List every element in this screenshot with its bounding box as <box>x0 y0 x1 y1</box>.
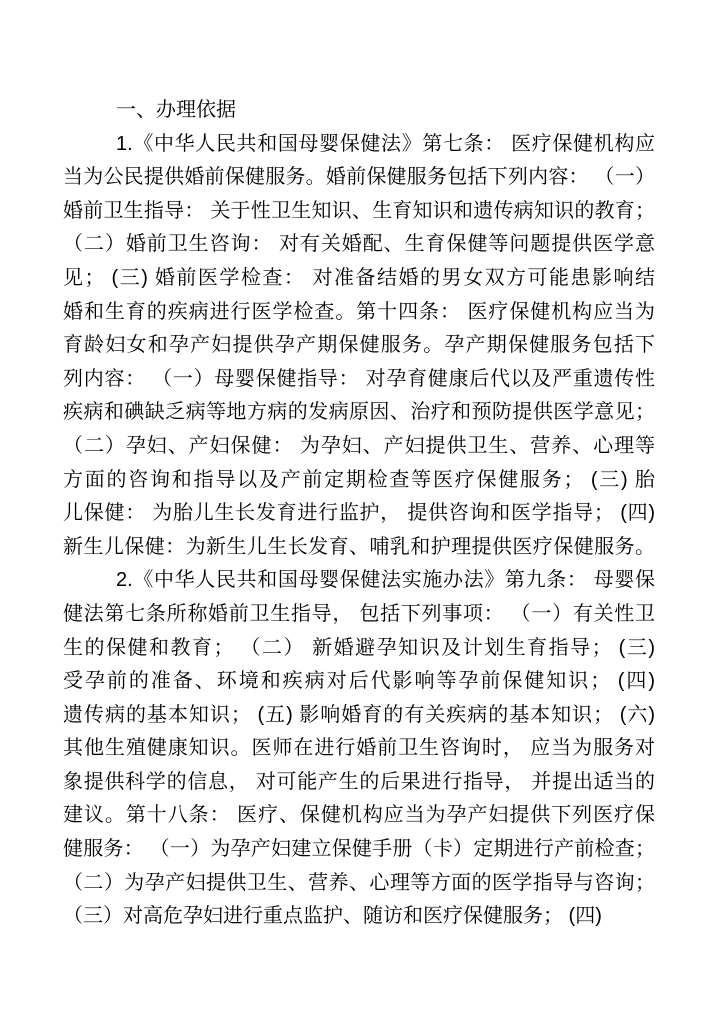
text-line: 其他生殖健康知识。医师在进行婚前卫生咨询时， 应当为服务对 <box>63 732 655 766</box>
text-line: 育龄妇女和孕产妇提供孕产期保健服务。孕产期保健服务包括下 <box>63 329 655 363</box>
text-line: 婚前卫生指导： 关于性卫生知识、生育知识和遗传病知识的教育； <box>63 195 655 229</box>
section-heading: 一、办理依据 <box>63 94 655 128</box>
text-line: 疾病和碘缺乏病等地方病的发病原因、治疗和预防提供医学意见； <box>63 396 655 430</box>
text-line: 列内容： （一）母婴保健指导： 对孕育健康后代以及严重遗传性 <box>63 363 655 397</box>
text-line: （二）婚前卫生咨询： 对有关婚配、生育保健等问题提供医学意 <box>63 228 655 262</box>
text-line: 方面的咨询和指导以及产前定期检查等医疗保健服务； (三) 胎 <box>63 464 655 498</box>
text-line: （三）对高危孕妇进行重点监护、随访和医疗保健服务； (四) <box>63 900 655 934</box>
text-line: （二）为孕产妇提供卫生、营养、心理等方面的医学指导与咨询； <box>63 867 655 901</box>
text-line: 新生儿保健：为新生儿生长发育、哺乳和护理提供医疗保健服务。 <box>63 531 655 565</box>
text-line: 健法第七条所称婚前卫生指导， 包括下列事项： （一）有关性卫 <box>63 598 655 632</box>
paragraph-1: 1.《中华人民共和国母婴保健法》第七条： 医疗保健机构应当为公民提供婚前保健服务… <box>63 128 655 565</box>
document-body: 一、办理依据 1.《中华人民共和国母婴保健法》第七条： 医疗保健机构应当为公民提… <box>63 94 655 934</box>
text-line: （二）孕妇、产妇保健： 为孕妇、产妇提供卫生、营养、心理等 <box>63 430 655 464</box>
text-line: 受孕前的准备、环境和疾病对后代影响等孕前保健知识； (四) <box>63 665 655 699</box>
paragraph-2: 2.《中华人民共和国母婴保健法实施办法》第九条： 母婴保健法第七条所称婚前卫生指… <box>63 564 655 934</box>
text-line: 象提供科学的信息， 对可能产生的后果进行指导， 并提出适当的 <box>63 766 655 800</box>
text-line: 当为公民提供婚前保健服务。婚前保健服务包括下列内容： （一） <box>63 161 655 195</box>
text-line: 见； (三) 婚前医学检查： 对准备结婚的男女双方可能患影响结 <box>63 262 655 296</box>
text-line: 儿保健： 为胎儿生长发育进行监护， 提供咨询和医学指导； (四) <box>63 497 655 531</box>
text-line: 2.《中华人民共和国母婴保健法实施办法》第九条： 母婴保 <box>63 564 655 598</box>
text-line: 生的保健和教育； （二） 新婚避孕知识及计划生育指导； (三) <box>63 632 655 666</box>
text-line: 健服务： （一）为孕产妇建立保健手册（卡）定期进行产前检查； <box>63 833 655 867</box>
document-page: 一、办理依据 1.《中华人民共和国母婴保健法》第七条： 医疗保健机构应当为公民提… <box>0 0 715 1011</box>
text-line: 建议。第十八条： 医疗、保健机构应当为孕产妇提供下列医疗保 <box>63 799 655 833</box>
text-line: 遗传病的基本知识； (五) 影响婚育的有关疾病的基本知识； (六) <box>63 699 655 733</box>
text-line: 婚和生育的疾病进行医学检查。第十四条： 医疗保健机构应当为 <box>63 296 655 330</box>
text-line: 1.《中华人民共和国母婴保健法》第七条： 医疗保健机构应 <box>63 128 655 162</box>
